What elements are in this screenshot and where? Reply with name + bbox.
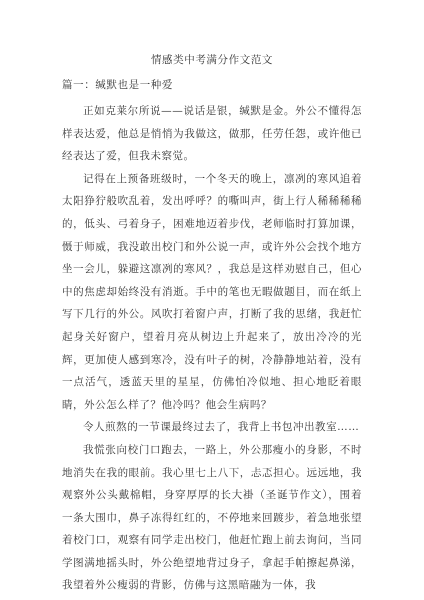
section-heading: 篇一：缄默也是一种爱 [62, 78, 173, 92]
document-body: 正如克莱尔所说——说话是银，缄默是金。外公不懂得怎样表达爱，他总是悄悄为我做这，… [62, 100, 362, 597]
paragraph: 正如克莱尔所说——说话是银，缄默是金。外公不懂得怎样表达爱，他总是悄悄为我做这，… [62, 100, 362, 168]
paragraph: 记得在上预备班级时，一个冬天的晚上，凛冽的寒风追着太阳狰狞般吹乱着，发出呼呼？的… [62, 168, 362, 417]
paragraph: 令人煎熬的一节课最终过去了，我背上书包冲出教室…… [62, 416, 362, 439]
paragraph: 我慌张向校门口跑去，一路上，外公那瘦小的身影，不时地消失在我的眼前。我心里七上八… [62, 439, 362, 597]
document-page: 情感类中考满分作文范文 篇一：缄默也是一种爱 正如克莱尔所说——说话是银，缄默是… [0, 0, 424, 600]
document-title: 情感类中考满分作文范文 [0, 53, 424, 67]
